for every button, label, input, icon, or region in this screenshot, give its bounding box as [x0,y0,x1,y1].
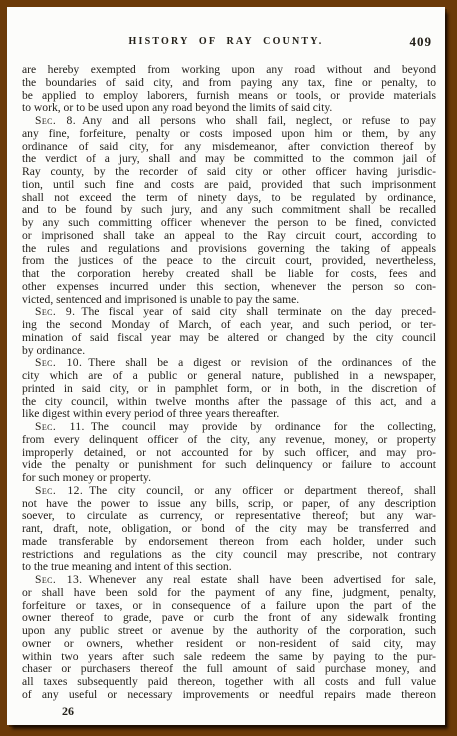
text-line: by ordinance. [22,345,436,358]
text-line: forfeiture or taxes, or in consequence o… [22,600,436,613]
running-title: HISTORY OF RAY COUNTY. [129,36,324,47]
text-line: Sec. 11.The council may provide by ordin… [22,421,436,434]
section-label: Sec. 13. [35,574,82,586]
text-line: that the corporation hereby created shal… [22,268,436,281]
text-line: from the justices of the peace to the ci… [22,255,436,268]
text-line: all taxes subsequently paid thereon, tog… [22,676,436,689]
paragraph: Sec. 12.The city council, or any officer… [22,485,436,574]
text-line: Ray county, by the recorder of said city… [22,166,436,179]
text-line: upon any public street or avenue by the … [22,625,436,638]
body-text: are hereby exempted from working upon an… [22,64,436,702]
text-line: other expenses incurred under this secti… [22,281,436,294]
text-line: to work, or to be used upon any road bey… [22,102,436,115]
text-line: improperly detained, or not accounted fo… [22,447,436,460]
text-line: vide the penalty or punishment for such … [22,459,436,472]
text-line: not have the power to issue any bills, s… [22,498,436,511]
paragraph: Sec. 9.The fiscal year of said city shal… [22,306,436,357]
section-label: Sec. 10. [35,357,82,369]
book-page: HISTORY OF RAY COUNTY. 409 are hereby ex… [7,7,445,725]
page-header: HISTORY OF RAY COUNTY. 409 [7,36,445,47]
footer-page-number: 26 [62,704,74,719]
text-line: restrictions and regulations as the city… [22,549,436,562]
text-line: the boundaries of said city, and from pa… [22,77,436,90]
text-line: rant, draft, note, obligation, or bond o… [22,523,436,536]
paragraph: Sec. 10.There shall be a digest or revis… [22,357,436,421]
section-label: Sec. 11. [35,421,85,433]
text-line: the verdict of a jury, shall and may be … [22,153,436,166]
paragraph: Sec. 13.Whenever any real estate shall h… [22,574,436,702]
text-line: victed, sentenced and imprisoned is unab… [22,294,436,307]
text-line: for such money or property. [22,472,436,485]
text-line: chaser or purchasers thereof the full am… [22,663,436,676]
text-line: Sec. 12.The city council, or any officer… [22,485,436,498]
text-line: Sec. 9.The fiscal year of said city shal… [22,306,436,319]
text-line: of any useful or necessary improvements … [22,689,436,702]
text-line: ing the second Monday of March, of each … [22,319,436,332]
page-border: HISTORY OF RAY COUNTY. 409 are hereby ex… [0,0,457,736]
text-line: owner or owners, whether resident or non… [22,638,436,651]
text-line: and to be found by such jury, and any su… [22,204,436,217]
text-line: are hereby exempted from working upon an… [22,64,436,77]
text-line: from every delinquent officer of the cit… [22,434,436,447]
text-line: like digest within every period of three… [22,408,436,421]
section-label: Sec. 12. [35,485,83,497]
text-line: Sec. 13.Whenever any real estate shall h… [22,574,436,587]
text-line: by any such committing officer whenever … [22,217,436,230]
text-line: the rules and regulations and provisions… [22,243,436,256]
text-line: or shall have been sold for the payment … [22,587,436,600]
text-line: within two years after such sale redeem … [22,651,436,664]
text-line: to the true meaning and intent of this s… [22,561,436,574]
text-line: printed in said city, or in pamphlet for… [22,383,436,396]
text-line: tion, until such fine and costs are paid… [22,179,436,192]
paragraph: Sec. 11.The council may provide by ordin… [22,421,436,485]
text-line: ordinance of said city, for any misdemea… [22,141,436,154]
text-line: Sec. 10.There shall be a digest or revis… [22,357,436,370]
text-line: Sec. 8.Any and all persons who shall fai… [22,115,436,128]
text-line: shall not exceed the term of ninety days… [22,192,436,205]
text-line: be applied to employ laborers, furnish m… [22,90,436,103]
text-line: or imprisoned shall take an appeal to th… [22,230,436,243]
text-line: made transferable by endorsement thereon… [22,536,436,549]
paragraph: Sec. 8.Any and all persons who shall fai… [22,115,436,306]
text-line: city which are of a public or general na… [22,370,436,383]
page-number: 409 [410,34,433,50]
text-line: any fine, forfeiture, penalty or costs i… [22,128,436,141]
section-label: Sec. 8. [35,115,76,127]
paragraph: are hereby exempted from working upon an… [22,64,436,115]
text-line: mination of said fiscal year may be alte… [22,332,436,345]
text-line: the city council, within twelve months a… [22,396,436,409]
text-line: soever, to circulate as currency, or rep… [22,510,436,523]
section-label: Sec. 9. [35,306,75,318]
text-line: owner thereof to grade, pave or curb the… [22,612,436,625]
